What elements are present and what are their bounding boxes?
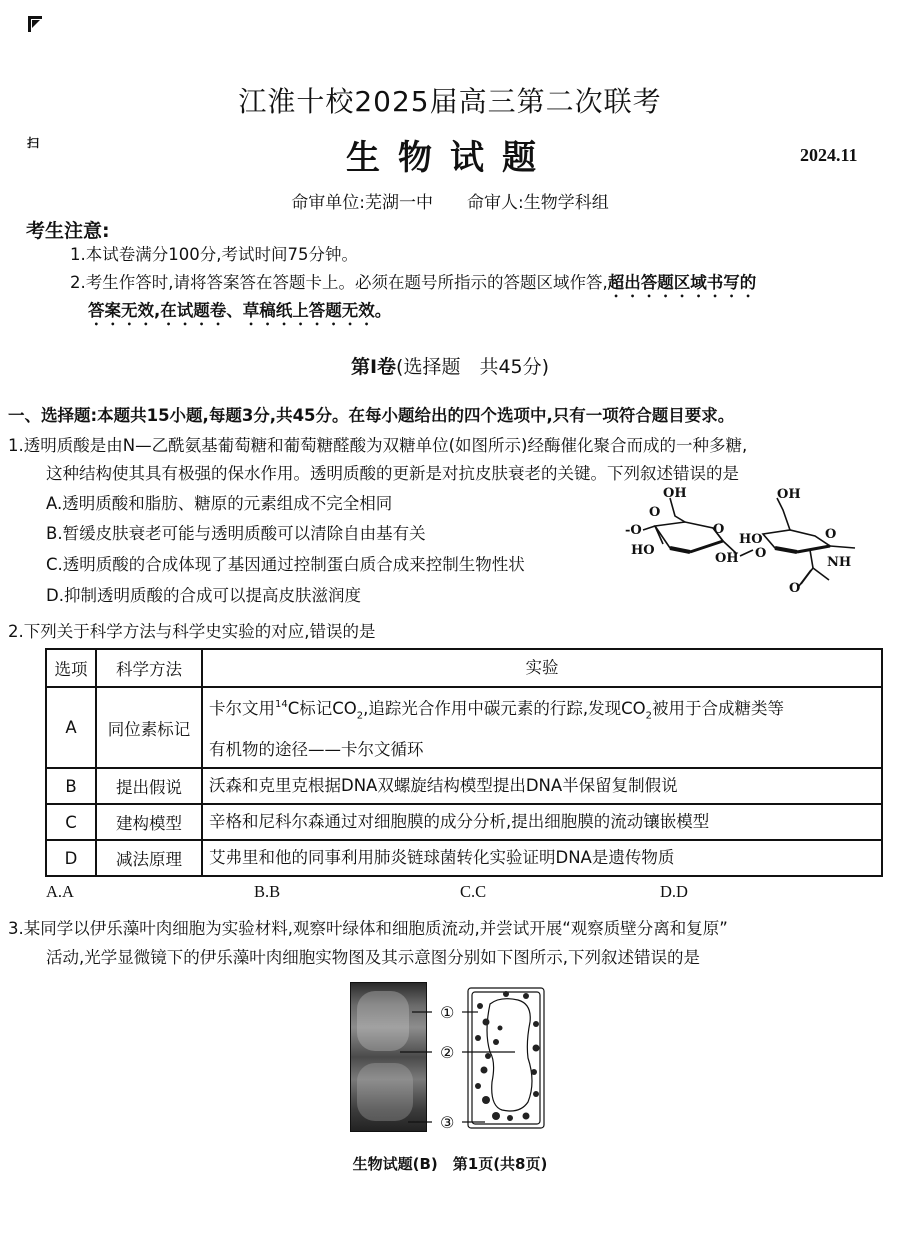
subject-title: 生物试题 (0, 130, 900, 179)
q2-answer-b[interactable]: B.B (254, 882, 280, 902)
table-row: C 建构模型 辛格和尼科尔森通过对细胞膜的成分分析,提出细胞膜的流动镶嵌模型 (46, 804, 882, 840)
row-a-text-3: ,追踪光合作用中碳元素的行踪,发现CO (363, 699, 646, 718)
row-c-option: C (46, 804, 96, 840)
label-o-carbonyl: O (649, 505, 660, 520)
notice-end: 。 (375, 301, 392, 320)
figure-label-2: ② (440, 1043, 454, 1062)
figure-label-1: ① (440, 1003, 454, 1022)
row-d-experiment: 艾弗里和他的同事利用肺炎链球菌转化实验证明DNA是遗传物质 (202, 840, 882, 876)
review-unit: 命审单位:芜湖一中 (291, 193, 433, 213)
row-b-method: 提出假说 (96, 768, 202, 804)
label-o-minus: -O (625, 523, 642, 538)
row-b-experiment: 沃森和克里克根据DNA双螺旋结构模型提出DNA半保留复制假说 (202, 768, 882, 804)
row-c-method: 建构模型 (96, 804, 202, 840)
exam-date: 2024.11 (800, 145, 858, 166)
review-author: 命审人:生物学科组 (467, 193, 609, 213)
hyaluronic-acid-structure-figure: OH O -O HO OH O HO O OH O NH O (615, 486, 885, 596)
row-a-text-2: C标记CO (288, 699, 357, 718)
q2-table: 选项 科学方法 实验 A 同位素标记 卡尔文用14C标记CO2,追踪光合作用中碳… (45, 648, 883, 877)
section-instructions: 一、选择题:本题共15小题,每题3分,共45分。在每小题给出的四个选项中,只有一… (8, 402, 734, 426)
q3-stem-line1: 3.某同学以伊乐藻叶肉细胞为实验材料,观察叶绿体和细胞质流动,并尝试开展“观察质… (8, 915, 728, 939)
table-row: B 提出假说 沃森和克里克根据DNA双螺旋结构模型提出DNA半保留复制假说 (46, 768, 882, 804)
q2-answer-a[interactable]: A.A (46, 882, 74, 902)
elodea-cell-figure: ① ② ③ (350, 982, 550, 1132)
label-oh-top-right: OH (777, 487, 801, 502)
row-c-experiment: 辛格和尼科尔森通过对细胞膜的成分分析,提出细胞膜的流动镶嵌模型 (202, 804, 882, 840)
row-a-experiment-line2: 有机物的途径——卡尔文循环 (209, 733, 875, 767)
row-a-method: 同位素标记 (96, 687, 202, 768)
q1-stem-line2: 这种结构使其具有极强的保水作用。透明质酸的更新是对抗皮肤衰老的关键。下列叙述错误… (46, 460, 739, 484)
table-header-method: 科学方法 (96, 649, 202, 687)
label-bridge-o: O (755, 546, 766, 561)
row-a-experiment: 卡尔文用14C标记CO2,追踪光合作用中碳元素的行踪,发现CO2被用于合成糖类等… (202, 687, 882, 768)
table-row: D 减法原理 艾弗里和他的同事利用肺炎链球菌转化实验证明DNA是遗传物质 (46, 840, 882, 876)
q2-answer-c[interactable]: C.C (460, 882, 486, 902)
row-b-option: B (46, 768, 96, 804)
table-header-row: 选项 科学方法 实验 (46, 649, 882, 687)
label-ring-o-left: O (713, 522, 724, 537)
notice-item-2-line2: 答案无效,在试题卷、草稿纸上答题无效。 (88, 297, 391, 329)
table-header-option: 选项 (46, 649, 96, 687)
q1-option-c[interactable]: C.透明质酸的合成体现了基因通过控制蛋白质合成来控制生物性状 (46, 551, 525, 575)
q1-stem-line1: 1.透明质酸是由N—乙酰氨基葡萄糖和葡萄糖醛酸为双糖单位(如图所示)经酶催化聚合… (8, 432, 747, 456)
section-title-bold: 第Ⅰ卷 (351, 356, 396, 378)
label-ring-o-right: O (825, 527, 836, 542)
notice-item-2-text: 2.考生作答时,请将答案答在答题卡上。必须在题号所指示的答题区域作答, (70, 273, 608, 292)
notice-item-1: 1.本试卷满分100分,考试时间75分钟。 (70, 241, 358, 269)
q1-option-b[interactable]: B.暂缓皮肤衰老可能与透明质酸可以清除自由基有关 (46, 520, 426, 544)
label-o-acetyl: O (789, 581, 800, 596)
section-title: 第Ⅰ卷(选择题 共45分) (0, 352, 900, 379)
page-footer: 生物试题(B) 第1页(共8页) (0, 1153, 900, 1174)
scan-corner-mark (28, 16, 42, 32)
notice-heading: 考生注意: (26, 216, 110, 243)
row-a-experiment-line1: 卡尔文用14C标记CO2,追踪光合作用中碳元素的行踪,发现CO2被用于合成糖类等 (209, 688, 875, 733)
label-nh: NH (827, 555, 851, 570)
row-a-text-1: 卡尔文用 (209, 699, 275, 718)
cell-diagram: ① ② ③ (350, 982, 550, 1132)
label-oh-bottom: OH (715, 551, 739, 566)
q1-option-d[interactable]: D.抑制透明质酸的合成可以提高皮肤滋润度 (46, 582, 361, 606)
q3-stem-line2: 活动,光学显微镜下的伊乐藻叶肉细胞实物图及其示意图分别如下图所示,下列叙述错误的… (46, 944, 700, 968)
authors-line: 命审单位:芜湖一中命审人:生物学科组 (0, 188, 900, 213)
section-title-rest: (选择题 共45分) (396, 356, 549, 378)
notice-emphasis-1: 答案无效 (88, 301, 154, 320)
q2-stem: 2.下列关于科学方法与科学史实验的对应,错误的是 (8, 618, 376, 642)
notice-emphasis-2: 在试题卷、草稿纸上答题无效 (160, 301, 375, 320)
figure-label-3: ③ (440, 1113, 454, 1132)
notice-item-2-emphasis: 超出答题区域书写的 (608, 273, 757, 292)
q1-option-a[interactable]: A.透明质酸和脂肪、糖原的元素组成不完全相同 (46, 490, 392, 514)
label-oh-top-left: OH (663, 486, 687, 501)
exam-title: 江淮十校2025届高三第二次联考 (0, 80, 900, 120)
label-ho-left: HO (631, 543, 655, 558)
table-row: A 同位素标记 卡尔文用14C标记CO2,追踪光合作用中碳元素的行踪,发现CO2… (46, 687, 882, 768)
row-d-option: D (46, 840, 96, 876)
row-a-sup: 14 (275, 699, 288, 710)
row-a-text-4: 被用于合成糖类等 (652, 699, 784, 718)
row-d-method: 减法原理 (96, 840, 202, 876)
row-a-option: A (46, 687, 96, 768)
label-ho-mid: HO (739, 532, 763, 547)
table-header-experiment: 实验 (202, 649, 882, 687)
q2-answer-d[interactable]: D.D (660, 882, 688, 902)
